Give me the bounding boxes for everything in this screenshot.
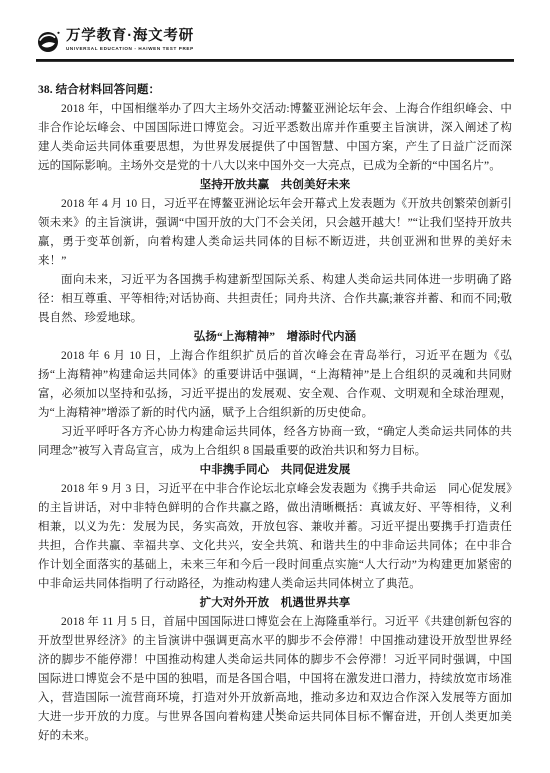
- page-number: 11: [0, 707, 550, 718]
- section-heading: 扩大对外开放 机遇世界共享: [38, 594, 512, 613]
- document-content: 38. 结合材料回答问题： 2018 年，中国相继举办了四大主场外交活动:博鳌亚…: [38, 81, 512, 746]
- paragraph: 2018 年 11 月 5 日，首届中国国际进口博览会在上海隆重举行。习近平《共…: [38, 613, 512, 746]
- logo-text-block: 万学教育·海文考研 UNIVERSAL EDUCATION - HAIWEN T…: [66, 28, 194, 51]
- paragraph: 面向未来，习近平为各国携手构建新型国际关系、构建人类命运共同体进一步明确了路径：…: [38, 271, 512, 328]
- question-label: 38. 结合材料回答问题：: [38, 81, 512, 100]
- section-heading: 弘扬“上海精神” 增添时代内涵: [38, 328, 512, 347]
- section-heading: 坚持开放共赢 共创美好未来: [38, 176, 512, 195]
- section-heading: 中非携手同心 共同促进发展: [38, 461, 512, 480]
- logo-title: 万学教育·海文考研: [66, 28, 194, 45]
- haiwen-logo-icon: [37, 30, 61, 54]
- paragraph: 2018 年 6 月 10 日，上海合作组织扩员后的首次峰会在青岛举行，习近平在…: [38, 347, 512, 423]
- logo: 万学教育·海文考研 UNIVERSAL EDUCATION - HAIWEN T…: [37, 28, 514, 54]
- header-divider: [36, 59, 514, 62]
- document-page: 万学教育·海文考研 UNIVERSAL EDUCATION - HAIWEN T…: [0, 0, 550, 773]
- paragraph: 2018 年 9 月 3 日，习近平在中非合作论坛北京峰会发表题为《携手共命运 …: [38, 480, 512, 594]
- paragraph: 习近平呼吁各方齐心协力构建命运共同体，经各方协商一致，“确定人类命运共同体的共同…: [38, 423, 512, 461]
- logo-subtitle: UNIVERSAL EDUCATION - HAIWEN TEST PREP: [66, 46, 194, 51]
- header: 万学教育·海文考研 UNIVERSAL EDUCATION - HAIWEN T…: [37, 28, 514, 54]
- paragraph: 2018 年，中国相继举办了四大主场外交活动:博鳌亚洲论坛年会、上海合作组织峰会…: [38, 100, 512, 176]
- paragraph: 2018 年 4 月 10 日，习近平在博鳌亚洲论坛年会开幕式上发表题为《开放共…: [38, 195, 512, 271]
